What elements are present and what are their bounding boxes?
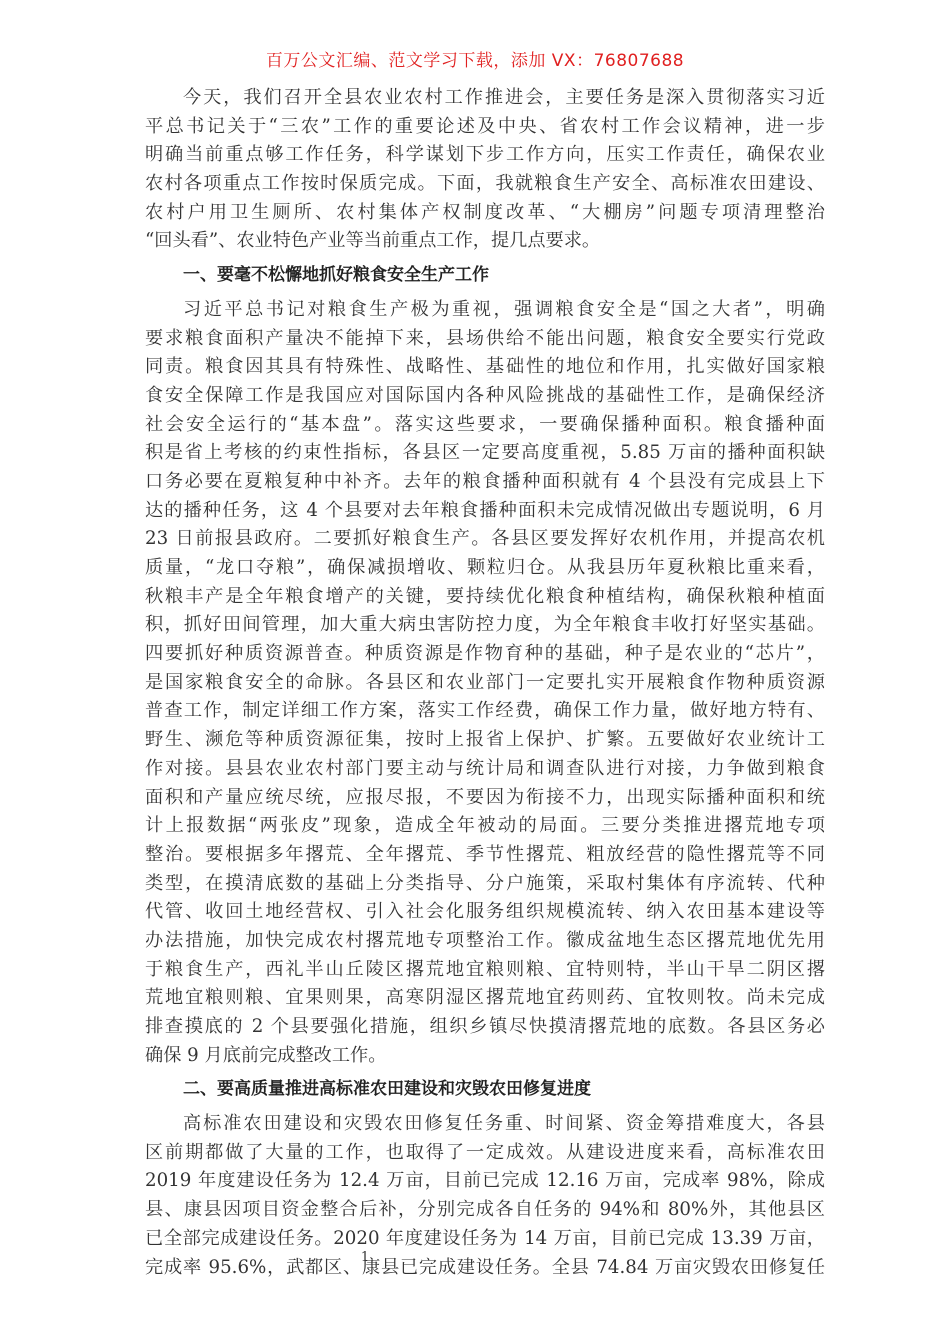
text-line: 质量，“龙口夺粮”，确保减损增收、颗粒归仓。从我县历年夏秋粮比重来看， bbox=[145, 554, 825, 583]
text-line: 荒地宜粮则粮、宜果则果，高寒阴湿区撂荒地宜药则药、宜牧则牧。尚未完成 bbox=[145, 984, 825, 1013]
text-line: 口务必要在夏粮复种中补齐。去年的粮食播种面积就有 4 个县没有完成县上下 bbox=[145, 468, 825, 497]
text-line: 四要抓好种质资源普查。种质资源是作物育种的基础，种子是农业的“芯片”， bbox=[145, 640, 825, 669]
text-line: 平总书记关于“三农”工作的重要论述及中央、省农村工作会议精神，进一步 bbox=[145, 113, 825, 142]
text-line: 县、康县因项目资金整合后补，分别完成各自任务的 94%和 80%外，其他县区 bbox=[145, 1196, 825, 1225]
text-line: 整治。要根据多年撂荒、全年撂荒、季节性撂荒、粗放经营的隐性撂荒等不同 bbox=[145, 841, 825, 870]
text-line: 要求粮食面积产量决不能掉下来，县场供给不能出问题，粮食安全要实行党政 bbox=[145, 325, 825, 354]
text-line: 2019 年度建设任务为 12.4 万亩，目前已完成 12.16 万亩，完成率 … bbox=[145, 1167, 825, 1196]
text-line: 社会安全运行的“基本盘”。落实这些要求，一要确保播种面积。粮食播种面 bbox=[145, 411, 825, 440]
text-line: 23 日前报县政府。二要抓好粮食生产。各县区要发挥好农机作用，并提高农机 bbox=[145, 525, 825, 554]
section-heading-2: 二、要高质量推进高标准农田建设和灾毁农田修复进度 bbox=[145, 1075, 825, 1104]
text-line: 积是省上考核的约束性指标，各县区一定要高度重视，5.85 万亩的播种面积缺 bbox=[145, 439, 825, 468]
text-line: 区前期都做了大量的工作，也取得了一定成效。从建设进度来看，高标准农田 bbox=[145, 1139, 825, 1168]
section-heading-1: 一、要毫不松懈地抓好粮食安全生产工作 bbox=[145, 261, 825, 290]
text-line: 野生、濒危等种质资源征集，按时上报省上保护、扩繁。五要做好农业统计工 bbox=[145, 726, 825, 755]
page-number: 1 bbox=[0, 1250, 730, 1265]
text-line: 办法措施，加快完成农村撂荒地专项整治工作。徽成盆地生态区撂荒地优先用 bbox=[145, 927, 825, 956]
text-line: 积，抓好田间管理，加大重大病虫害防控力度，为全年粮食丰收打好坚实基础。 bbox=[145, 611, 825, 640]
text-line: 面积和产量应统尽统，应报尽报，不要因为衔接不力，出现实际播种面积和统 bbox=[145, 784, 825, 813]
text-line: 习近平总书记对粮食生产极为重视，强调粮食安全是“国之大者”，明确 bbox=[145, 296, 825, 325]
text-line: 农村户用卫生厕所、农村集体产权制度改革、“大棚房”问题专项清理整治 bbox=[145, 199, 825, 228]
text-line: 高标准农田建设和灾毁农田修复任务重、时间紧、资金筹措难度大，各县 bbox=[145, 1110, 825, 1139]
section1-paragraph: 习近平总书记对粮食生产极为重视，强调粮食安全是“国之大者”，明确 要求粮食面积产… bbox=[145, 296, 825, 1071]
text-line: 普查工作，制定详细工作方案，落实工作经费，确保工作力量，做好地方特有、 bbox=[145, 697, 825, 726]
text-line: 代管、收回土地经营权、引入社会化服务组织规模流转、纳入农田基本建设等 bbox=[145, 898, 825, 927]
text-line: 计上报数据“两张皮”现象，造成全年被动的局面。三要分类推进撂荒地专项 bbox=[145, 812, 825, 841]
text-line: 秋粮丰产是全年粮食增产的关键，要持续优化粮食种植结构，确保秋粮种植面 bbox=[145, 583, 825, 612]
text-line: 排查摸底的 2 个县要强化措施，组织乡镇尽快摸清撂荒地的底数。各县区务必 bbox=[145, 1013, 825, 1042]
text-line: 类型，在摸清底数的基础上分类指导、分户施策，采取村集体有序流转、代种 bbox=[145, 870, 825, 899]
text-line: 同责。粮食因其具有特殊性、战略性、基础性的地位和作用，扎实做好国家粮 bbox=[145, 353, 825, 382]
intro-paragraph: 今天，我们召开全县农业农村工作推进会，主要任务是深入贯彻落实习近 平总书记关于“… bbox=[145, 84, 825, 256]
text-line: 今天，我们召开全县农业农村工作推进会，主要任务是深入贯彻落实习近 bbox=[145, 84, 825, 113]
text-line: 明确当前重点够工作任务，科学谋划下步工作方向，压实工作责任，确保农业 bbox=[145, 141, 825, 170]
text-line: 达的播种任务，这 4 个县要对去年粮食播种面积未完成情况做出专题说明，6 月 bbox=[145, 497, 825, 526]
text-line: 是国家粮食安全的命脉。各县区和农业部门一定要扎实开展粮食作物种质资源 bbox=[145, 669, 825, 698]
text-line: 作对接。县县农业农村部门要主动与统计局和调查队进行对接，力争做到粮食 bbox=[145, 755, 825, 784]
text-line: 农村各项重点工作按时保质完成。下面，我就粮食生产安全、高标准农田建设、 bbox=[145, 170, 825, 199]
text-line: 确保 9 月底前完成整改工作。 bbox=[145, 1042, 825, 1071]
text-line: “回头看”、农业特色产业等当前重点工作，提几点要求。 bbox=[145, 227, 825, 256]
text-line: 于粮食生产，西礼半山丘陵区撂荒地宜粮则粮、宜特则特，半山干旱二阴区撂 bbox=[145, 956, 825, 985]
watermark-banner: 百万公文汇编、范文学习下载，添加 VX：76807688 bbox=[0, 46, 950, 71]
text-line: 食安全保障工作是我国应对国际国内各种风险挑战的基础性工作，是确保经济 bbox=[145, 382, 825, 411]
document-body: 今天，我们召开全县农业农村工作推进会，主要任务是深入贯彻落实习近 平总书记关于“… bbox=[145, 84, 825, 1287]
